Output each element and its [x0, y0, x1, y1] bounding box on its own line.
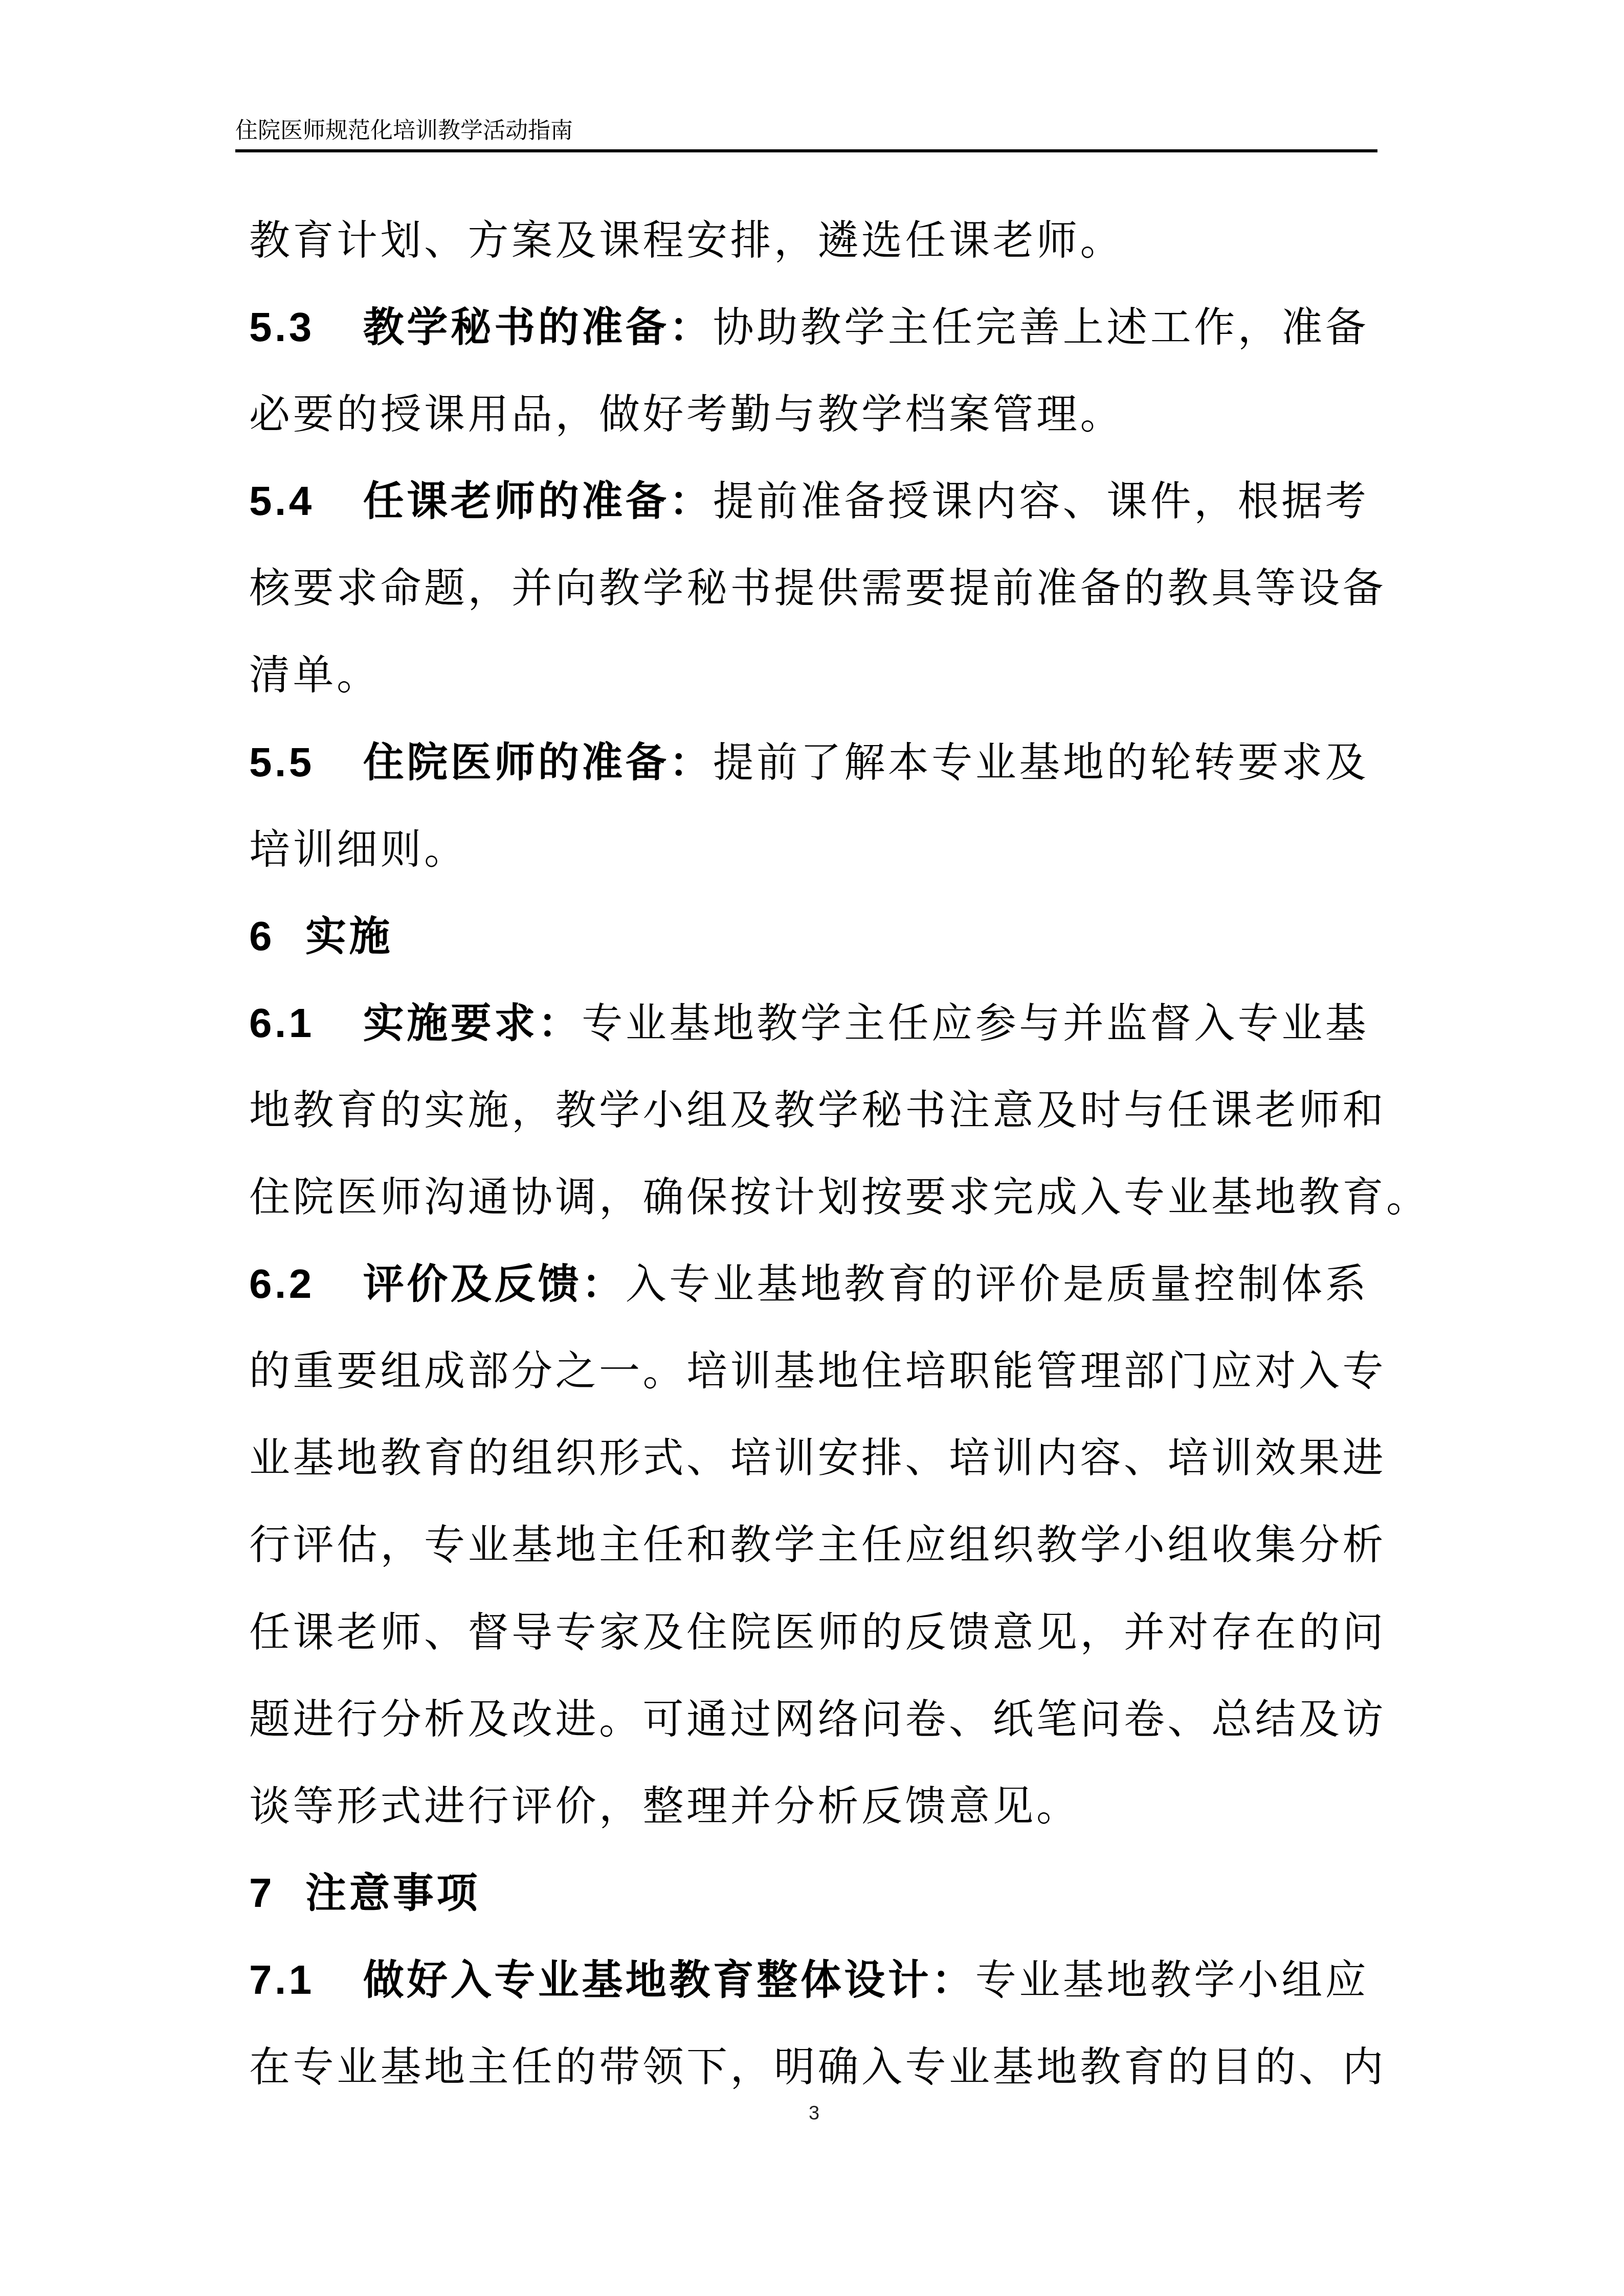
section-lead: 任课老师的准备： [363, 477, 713, 525]
section-6-2-line: 的重要组成部分之一。培训基地住培职能管理部门应对入专 [249, 1327, 1390, 1414]
section-6-1-line: 地教育的实施，教学小组及教学秘书注意及时与任课老师和 [249, 1067, 1390, 1154]
document-body: 教育计划、方案及课程安排，遴选任课老师。 5.3教学秘书的准备：协助教学主任完善… [249, 197, 1390, 2110]
section-6-2-line: 题进行分析及改进。可通过网络问卷、纸笔问卷、总结及访 [249, 1676, 1390, 1763]
body-line: 培训细则。 [249, 825, 468, 873]
body-line: 专业基地教学主任应参与并监督入专业基 [582, 999, 1369, 1047]
heading-number: 6 [249, 893, 275, 980]
body-line: 住院医师沟通协调，确保按计划按要求完成入专业基地教育。 [249, 1173, 1430, 1221]
section-5-3-line: 必要的授课用品，做好考勤与教学档案管理。 [249, 371, 1390, 458]
body-line: 行评估，专业基地主任和教学主任应组织教学小组收集分析 [249, 1521, 1386, 1568]
body-line: 业基地教育的组织形式、培训安排、培训内容、培训效果进 [249, 1434, 1386, 1481]
body-line: 谈等形式进行评价，整理并分析反馈意见。 [249, 1782, 1080, 1830]
section-5-3: 5.3教学秘书的准备：协助教学主任完善上述工作，准备 [249, 284, 1390, 371]
body-line: 必要的授课用品，做好考勤与教学档案管理。 [249, 390, 1124, 438]
running-header: 住院医师规范化培训教学活动指南 [235, 116, 573, 146]
section-number: 6.1 [249, 980, 315, 1067]
section-6-2: 6.2评价及反馈：入专业基地教育的评价是质量控制体系 [249, 1241, 1390, 1327]
section-6-1: 6.1实施要求：专业基地教学主任应参与并监督入专业基 [249, 980, 1390, 1067]
section-lead: 教学秘书的准备： [363, 303, 713, 351]
heading-7: 7注意事项 [249, 1850, 1390, 1937]
section-lead: 做好入专业基地教育整体设计： [363, 1956, 975, 2004]
body-line: 提前了解本专业基地的轮转要求及 [713, 738, 1369, 786]
section-5-5-line: 培训细则。 [249, 806, 1390, 893]
body-line: 核要求命题，并向教学秘书提供需要提前准备的教具等设备 [249, 564, 1386, 612]
section-lead: 实施要求： [363, 999, 582, 1047]
section-5-4-line: 核要求命题，并向教学秘书提供需要提前准备的教具等设备 [249, 545, 1390, 632]
section-5-4-line: 清单。 [249, 632, 1390, 718]
body-line: 清单。 [249, 651, 381, 699]
section-lead: 评价及反馈： [363, 1260, 626, 1308]
section-5-4: 5.4任课老师的准备：提前准备授课内容、课件，根据考 [249, 458, 1390, 545]
heading-6: 6实施 [249, 893, 1390, 980]
heading-title: 实施 [305, 912, 393, 960]
body-line: 题进行分析及改进。可通过网络问卷、纸笔问卷、总结及访 [249, 1695, 1386, 1743]
section-number: 6.2 [249, 1241, 315, 1327]
heading-number: 7 [249, 1850, 275, 1937]
section-6-1-line: 住院医师沟通协调，确保按计划按要求完成入专业基地教育。 [249, 1154, 1390, 1241]
section-7-1-line: 在专业基地主任的带领下，明确入专业基地教育的目的、内 [249, 2023, 1390, 2110]
body-line: 在专业基地主任的带领下，明确入专业基地教育的目的、内 [249, 2043, 1386, 2090]
section-7-1: 7.1做好入专业基地教育整体设计：专业基地教学小组应 [249, 1937, 1390, 2023]
body-line: 任课老师、督导专家及住院医师的反馈意见，并对存在的问 [249, 1608, 1386, 1656]
heading-title: 注意事项 [305, 1869, 480, 1917]
section-lead: 住院医师的准备： [363, 738, 713, 786]
section-6-2-line: 任课老师、督导专家及住院医师的反馈意见，并对存在的问 [249, 1589, 1390, 1676]
paragraph-continuation: 教育计划、方案及课程安排，遴选任课老师。 [249, 197, 1390, 284]
section-number: 5.4 [249, 458, 315, 545]
body-line: 提前准备授课内容、课件，根据考 [713, 477, 1369, 525]
body-line: 入专业基地教育的评价是质量控制体系 [626, 1260, 1369, 1308]
body-line: 教育计划、方案及课程安排，遴选任课老师。 [249, 216, 1124, 264]
body-line: 的重要组成部分之一。培训基地住培职能管理部门应对入专 [249, 1347, 1386, 1394]
section-6-2-line: 业基地教育的组织形式、培训安排、培训内容、培训效果进 [249, 1414, 1390, 1501]
section-number: 5.5 [249, 719, 315, 806]
body-line: 地教育的实施，教学小组及教学秘书注意及时与任课老师和 [249, 1086, 1386, 1134]
section-6-2-line: 谈等形式进行评价，整理并分析反馈意见。 [249, 1763, 1390, 1850]
section-number: 5.3 [249, 284, 315, 371]
section-number: 7.1 [249, 1937, 315, 2023]
body-line: 专业基地教学小组应 [975, 1956, 1369, 2004]
section-5-5: 5.5住院医师的准备：提前了解本专业基地的轮转要求及 [249, 719, 1390, 806]
section-6-2-line: 行评估，专业基地主任和教学主任应组织教学小组收集分析 [249, 1501, 1390, 1588]
header-rule [235, 149, 1377, 152]
body-line: 协助教学主任完善上述工作，准备 [713, 303, 1369, 351]
page-number: 3 [0, 2103, 1624, 2125]
